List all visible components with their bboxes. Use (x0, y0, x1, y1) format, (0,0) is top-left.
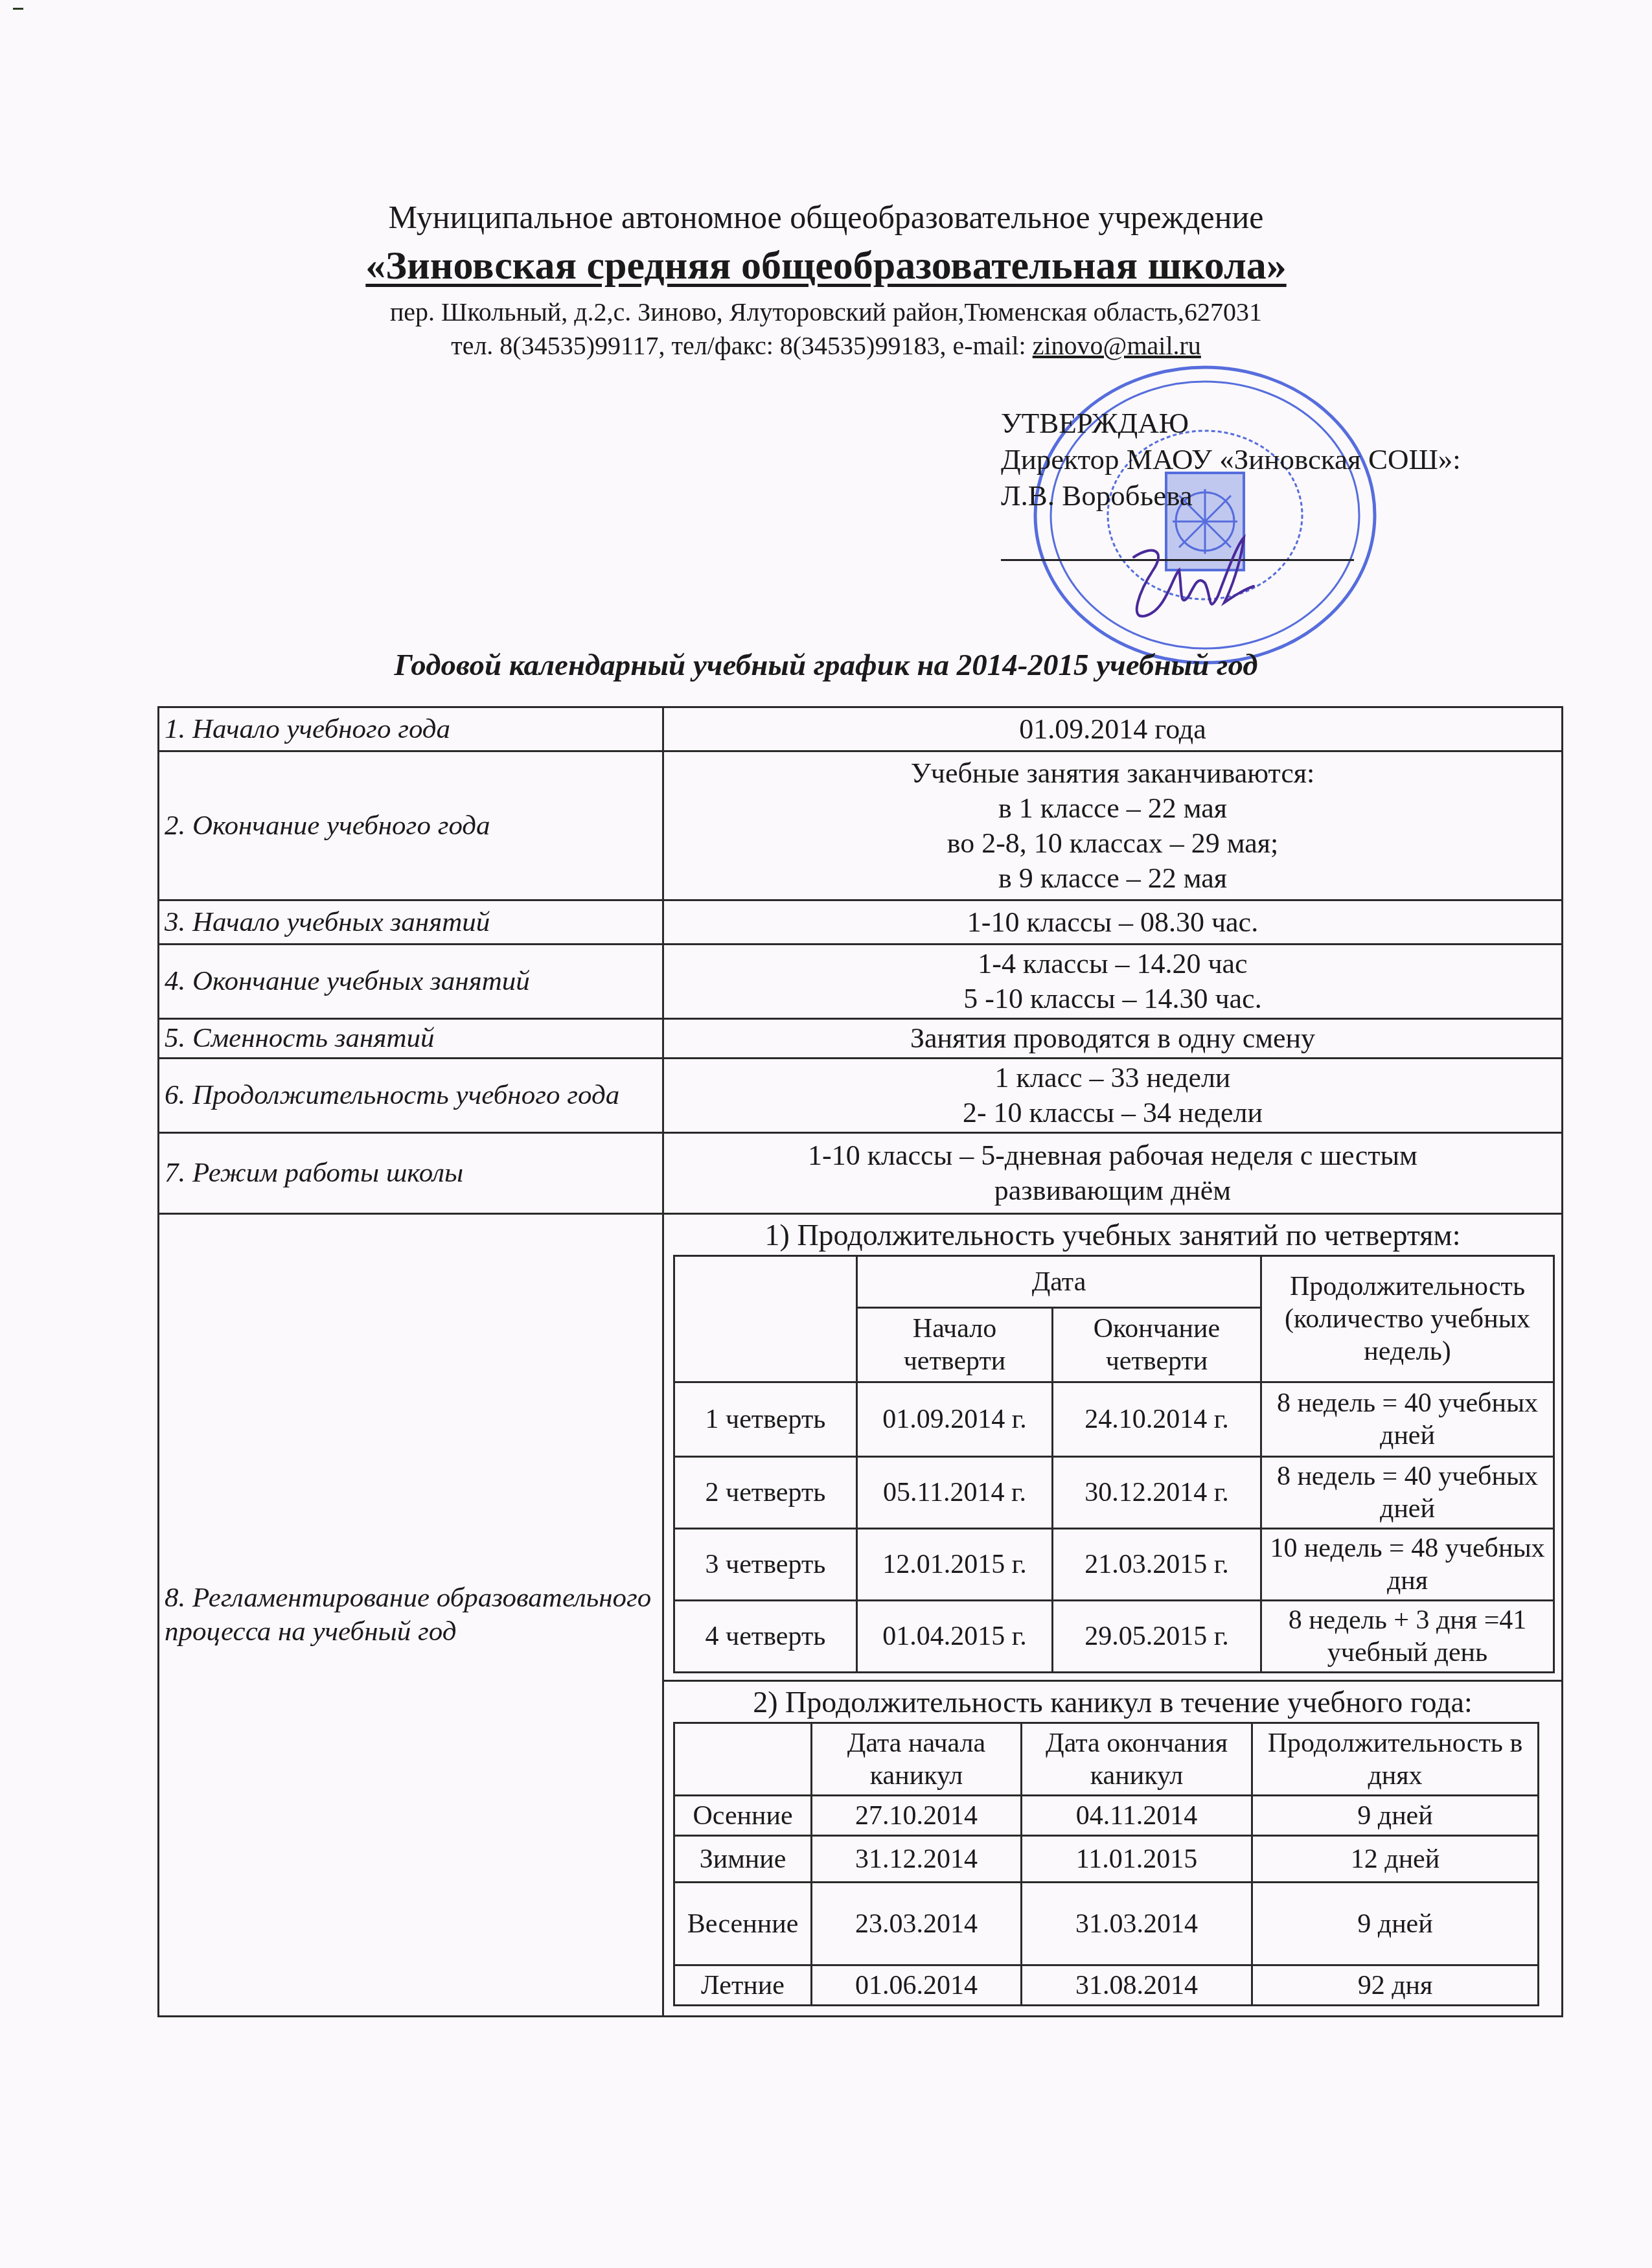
quarter-start: 01.04.2015 г. (857, 1601, 1053, 1673)
row-label: 4. Окончание учебных занятий (159, 945, 663, 1019)
value-line: 01.09.2014 года (669, 712, 1556, 747)
holidays-table: Дата начала каникул Дата окончания каник… (673, 1722, 1539, 2006)
row-value: 1-4 классы – 14.20 час 5 -10 классы – 14… (663, 945, 1563, 1019)
holiday-name: Весенние (674, 1883, 812, 1965)
row-value: 1 класс – 33 недели 2- 10 классы – 34 не… (663, 1059, 1563, 1133)
table-row: 4 четверть 01.04.2015 г. 29.05.2015 г. 8… (674, 1601, 1554, 1673)
quarter-duration: 8 недель = 40 учебных дней (1261, 1382, 1554, 1457)
quarter-name: 1 четверть (674, 1382, 857, 1457)
quarters-header-row: Дата Продолжительность (количество учебн… (674, 1256, 1554, 1308)
holiday-duration: 9 дней (1252, 1883, 1539, 1965)
holiday-end: 11.01.2015 (1022, 1836, 1252, 1883)
school-name: «Зиновская средняя общеобразовательная ш… (0, 240, 1652, 292)
table-row: 2 четверть 05.11.2014 г. 30.12.2014 г. 8… (674, 1457, 1554, 1529)
holiday-duration: 9 дней (1252, 1796, 1539, 1836)
quarter-end: 29.05.2015 г. (1053, 1601, 1261, 1673)
quarter-duration: 10 недель = 48 учебных дня (1261, 1529, 1554, 1601)
holidays-header-row: Дата начала каникул Дата окончания каник… (674, 1723, 1539, 1796)
header-date: Дата (857, 1256, 1261, 1308)
holiday-duration: 92 дня (1252, 1965, 1539, 2006)
row-label: 3. Начало учебных занятий (159, 900, 663, 945)
approval-heading: УТВЕРЖДАЮ (1001, 405, 1461, 441)
table-row: 2. Окончание учебного года Учебные занят… (159, 751, 1563, 900)
row-label: 7. Режим работы школы (159, 1133, 663, 1214)
table-row: 7. Режим работы школы 1-10 классы – 5-дн… (159, 1133, 1563, 1214)
header-start: Начало четверти (857, 1308, 1053, 1382)
table-row: 1 четверть 01.09.2014 г. 24.10.2014 г. 8… (674, 1382, 1554, 1457)
empty-header-cell (674, 1723, 812, 1796)
row-label: 1. Начало учебного года (159, 707, 663, 751)
scan-corner-mark (13, 8, 23, 10)
holiday-name: Зимние (674, 1836, 812, 1883)
holidays-title: 2) Продолжительность каникул в течение у… (664, 1682, 1561, 1722)
approval-position: Директор МАОУ «Зиновская СОШ»: (1001, 441, 1461, 477)
quarter-name: 2 четверть (674, 1457, 857, 1529)
schedule-table: 1. Начало учебного года 01.09.2014 года … (157, 706, 1563, 2017)
holiday-start: 31.12.2014 (812, 1836, 1022, 1883)
value-line: 5 -10 классы – 14.30 час. (669, 981, 1556, 1016)
row-label: 8. Регламентирование образовательного пр… (159, 1214, 663, 2017)
quarter-end: 30.12.2014 г. (1053, 1457, 1261, 1529)
quarters-title: 1) Продолжительность учебных занятий по … (664, 1215, 1561, 1255)
holiday-duration: 12 дней (1252, 1836, 1539, 1883)
quarter-start: 01.09.2014 г. (857, 1382, 1053, 1457)
row-label: 5. Сменность занятий (159, 1019, 663, 1059)
table-row-section-8: 8. Регламентирование образовательного пр… (159, 1214, 1563, 2017)
letterhead: Муниципальное автономное общеобразовател… (0, 194, 1652, 363)
table-row: 4. Окончание учебных занятий 1-4 классы … (159, 945, 1563, 1019)
institution-type: Муниципальное автономное общеобразовател… (0, 194, 1652, 240)
quarter-end: 21.03.2015 г. (1053, 1529, 1261, 1601)
row-value: 01.09.2014 года (663, 707, 1563, 751)
row-value: Учебные занятия заканчиваются: в 1 класс… (663, 751, 1563, 900)
table-row: 3. Начало учебных занятий 1-10 классы – … (159, 900, 1563, 945)
holiday-end: 04.11.2014 (1022, 1796, 1252, 1836)
value-line: 1 класс – 33 недели (669, 1060, 1556, 1095)
quarter-name: 4 четверть (674, 1601, 857, 1673)
quarter-name: 3 четверть (674, 1529, 857, 1601)
holiday-start: 27.10.2014 (812, 1796, 1022, 1836)
value-line: в 9 классе – 22 мая (669, 861, 1556, 896)
value-line: 1-10 классы – 08.30 час. (669, 905, 1556, 940)
quarter-start: 12.01.2015 г. (857, 1529, 1053, 1601)
quarters-table: Дата Продолжительность (количество учебн… (673, 1255, 1555, 1673)
row-label: 6. Продолжительность учебного года (159, 1059, 663, 1133)
school-contacts: тел. 8(34535)99117, тел/факс: 8(34535)99… (0, 329, 1652, 363)
row-label: 2. Окончание учебного года (159, 751, 663, 900)
school-address: пер. Школьный, д.2,с. Зиново, Ялуторовск… (0, 295, 1652, 329)
quarter-start: 05.11.2014 г. (857, 1457, 1053, 1529)
header-end: Дата окончания каникул (1022, 1723, 1252, 1796)
row-value: 1) Продолжительность учебных занятий по … (663, 1214, 1563, 2017)
table-row: 6. Продолжительность учебного года 1 кла… (159, 1059, 1563, 1133)
header-duration: Продолжительность в днях (1252, 1723, 1539, 1796)
holiday-start: 23.03.2014 (812, 1883, 1022, 1965)
contacts-phones: тел. 8(34535)99117, тел/факс: 8(34535)99… (451, 331, 1033, 360)
quarter-duration: 8 недель + 3 дня =41 учебный день (1261, 1601, 1554, 1673)
value-line: Занятия проводятся в одну смену (669, 1021, 1556, 1056)
holiday-end: 31.03.2014 (1022, 1883, 1252, 1965)
value-line: во 2-8, 10 классах – 29 мая; (669, 826, 1556, 861)
header-end: Окончание четверти (1053, 1308, 1261, 1382)
empty-header-cell (674, 1256, 857, 1382)
value-line: 2- 10 классы – 34 недели (669, 1095, 1556, 1130)
row-value: 1-10 классы – 08.30 час. (663, 900, 1563, 945)
holiday-start: 01.06.2014 (812, 1965, 1022, 2006)
header-start: Дата начала каникул (812, 1723, 1022, 1796)
quarter-duration: 8 недель = 40 учебных дней (1261, 1457, 1554, 1529)
approval-name: Л.В. Воробьева (1001, 477, 1461, 514)
holiday-end: 31.08.2014 (1022, 1965, 1252, 2006)
table-row: 1. Начало учебного года 01.09.2014 года (159, 707, 1563, 751)
approval-block: УТВЕРЖДАЮ Директор МАОУ «Зиновская СОШ»:… (1001, 405, 1461, 561)
table-row: Зимние 31.12.2014 11.01.2015 12 дней (674, 1836, 1539, 1883)
email-link[interactable]: zinovo@mail.ru (1033, 331, 1201, 360)
table-row: Летние 01.06.2014 31.08.2014 92 дня (674, 1965, 1539, 2006)
value-line: Учебные занятия заканчиваются: (669, 756, 1556, 791)
table-row: Осенние 27.10.2014 04.11.2014 9 дней (674, 1796, 1539, 1836)
table-row: 5. Сменность занятий Занятия проводятся … (159, 1019, 1563, 1059)
header-duration: Продолжительность (количество учебных не… (1261, 1256, 1554, 1382)
value-line: 1-4 классы – 14.20 час (669, 946, 1556, 981)
value-line: развивающим днём (669, 1173, 1556, 1208)
value-line: 1-10 классы – 5-дневная рабочая неделя с… (669, 1138, 1556, 1173)
holiday-name: Летние (674, 1965, 812, 2006)
quarter-end: 24.10.2014 г. (1053, 1382, 1261, 1457)
row-value: Занятия проводятся в одну смену (663, 1019, 1563, 1059)
holiday-name: Осенние (674, 1796, 812, 1836)
table-row: Весенние 23.03.2014 31.03.2014 9 дней (674, 1883, 1539, 1965)
value-line: в 1 классе – 22 мая (669, 791, 1556, 826)
row-value: 1-10 классы – 5-дневная рабочая неделя с… (663, 1133, 1563, 1214)
document-title: Годовой календарный учебный график на 20… (0, 648, 1652, 683)
table-row: 3 четверть 12.01.2015 г. 21.03.2015 г. 1… (674, 1529, 1554, 1601)
signature-line (1001, 514, 1354, 561)
